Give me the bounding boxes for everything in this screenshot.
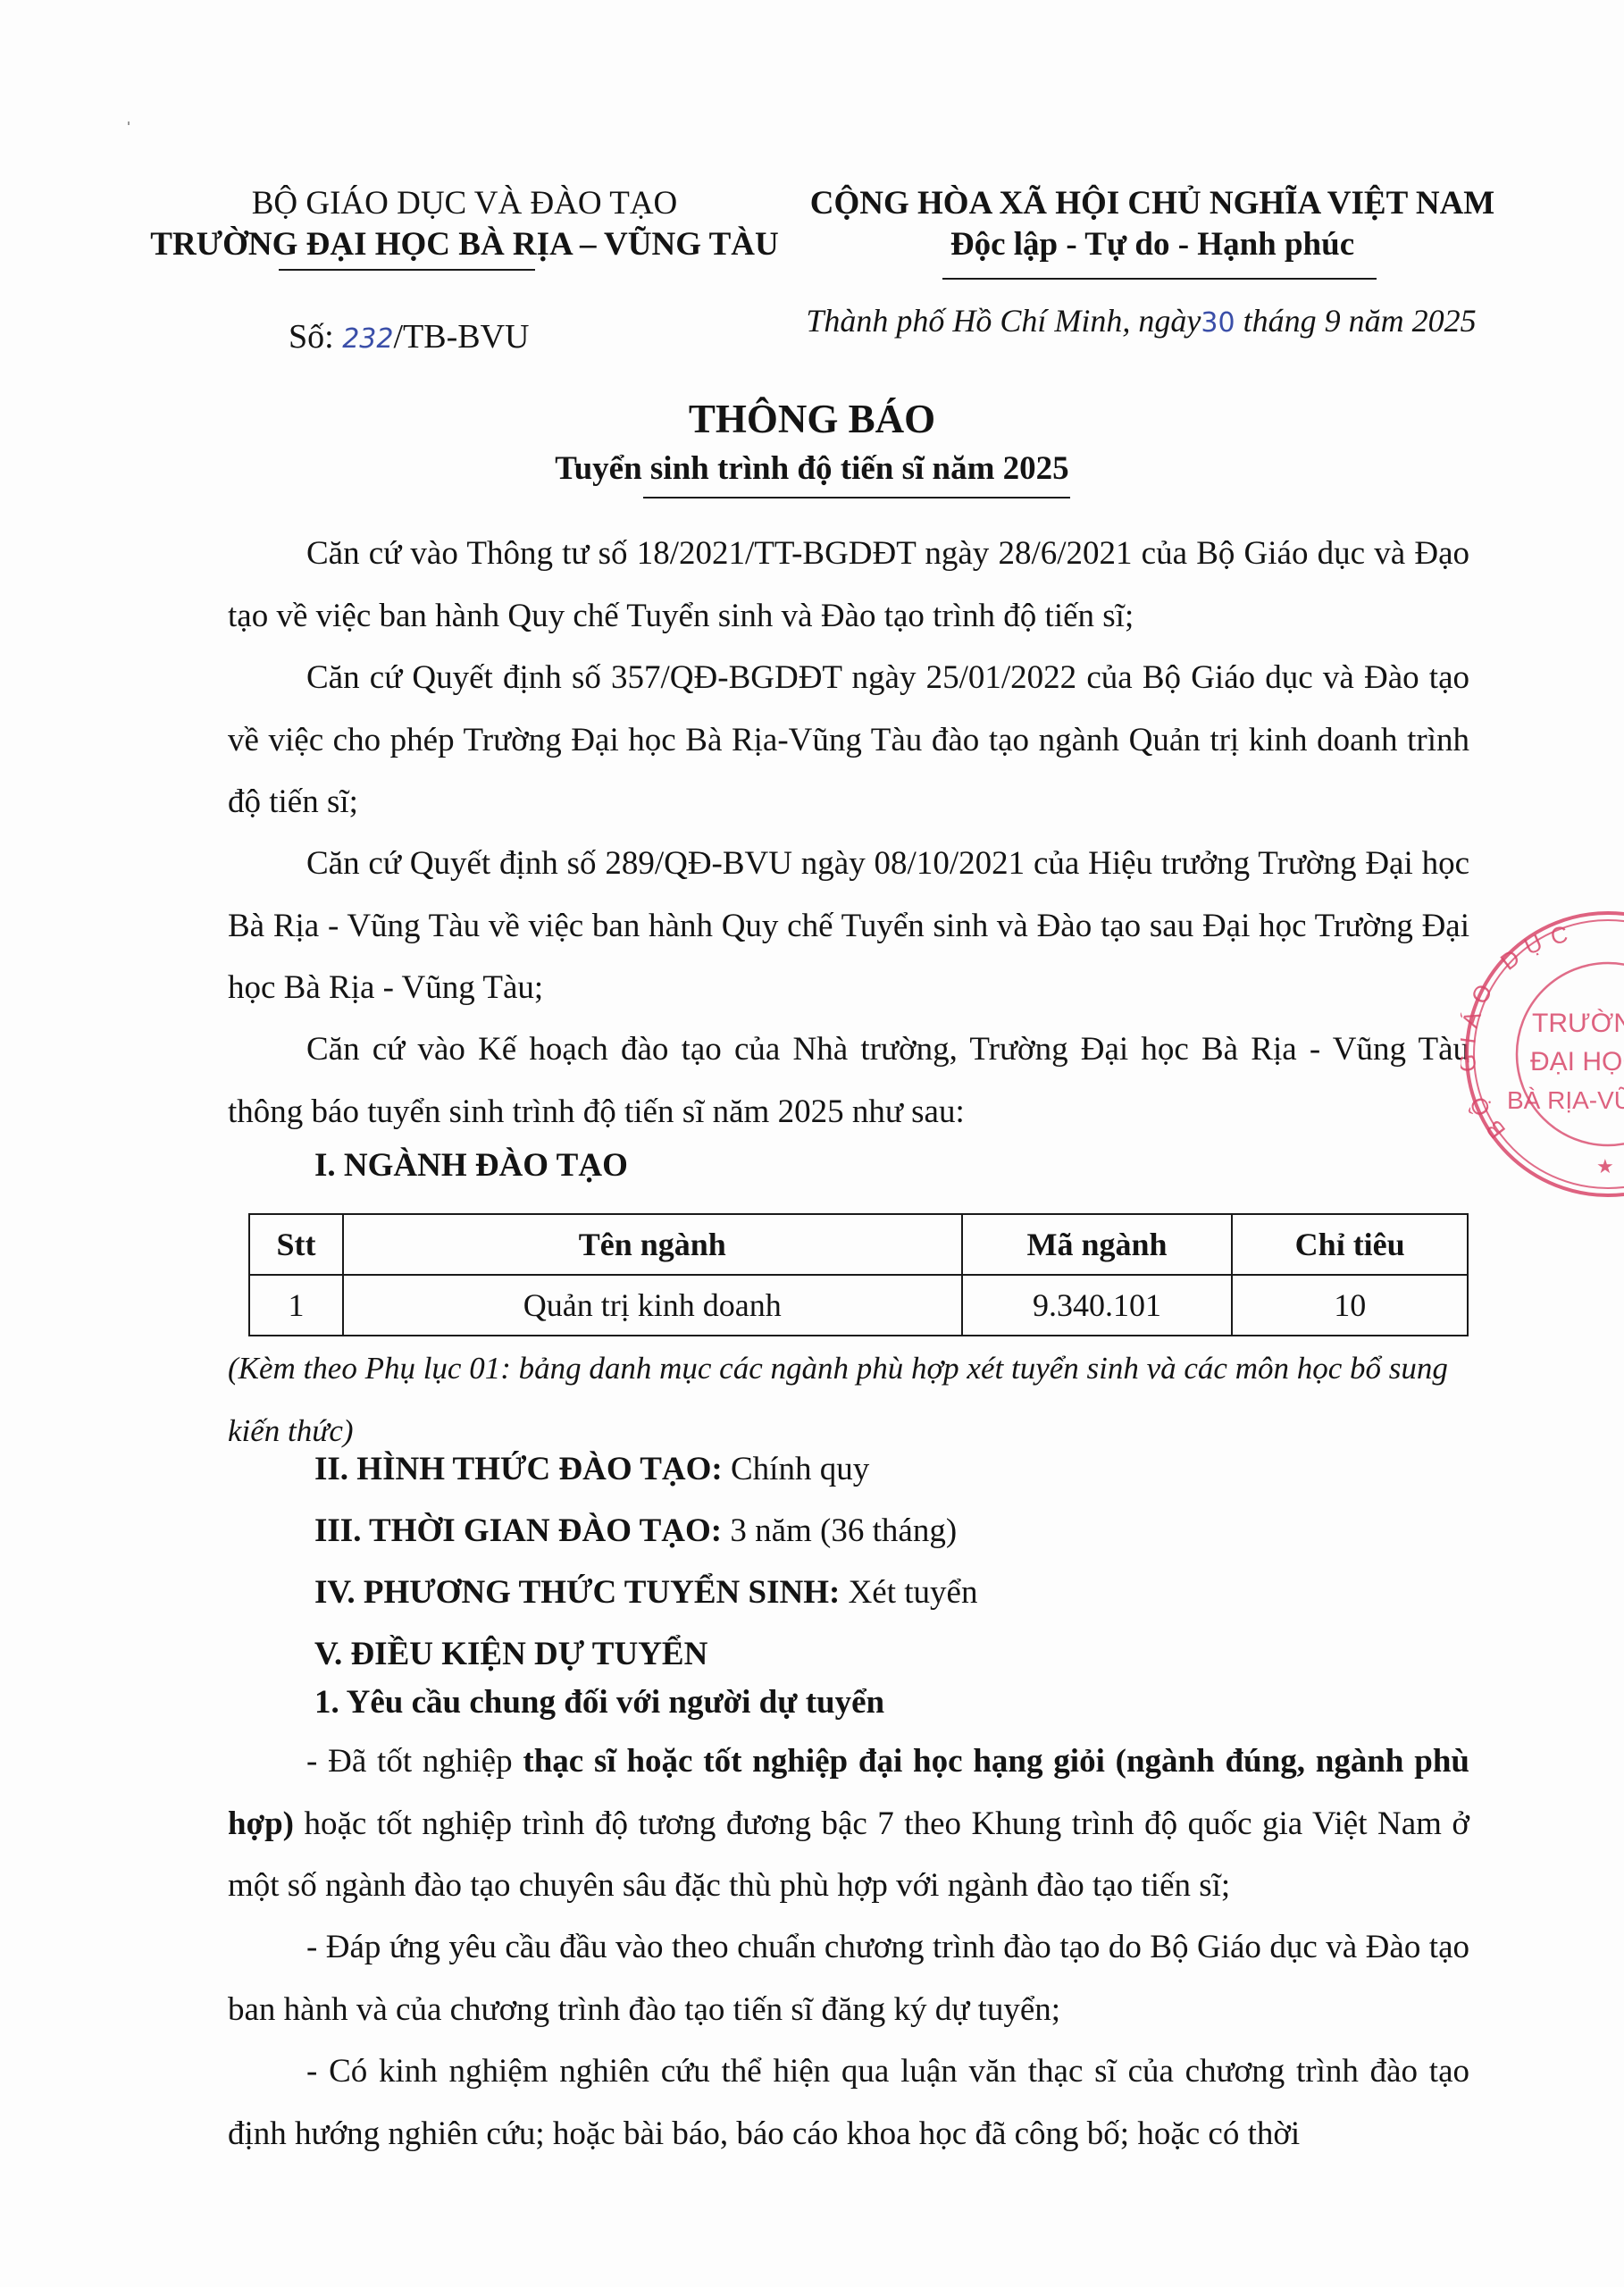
handwritten-day: 30 [1201,307,1235,339]
motto: Độc lập - Tự do - Hạnh phúc [795,224,1510,265]
official-seal-icon: BỘ GIÁO DỤC TRƯỜNG ĐẠI HỌC BÀ RỊA-VŨNG T… [1461,907,1624,1202]
document-number: Số: 232/TB-BVU [289,317,529,356]
preamble-paragraph: Căn cứ Quyết định số 357/QĐ-BGDĐT ngày 2… [228,647,1469,834]
majors-table: Stt Tên ngành Mã ngành Chỉ tiêu 1 Quản t… [248,1213,1469,1336]
col-header-major-code: Mã ngành [962,1214,1233,1275]
document-date: Thành phố Hồ Chí Minh, ngày30 tháng 9 nă… [795,302,1487,339]
col-header-major-name: Tên ngành [343,1214,962,1275]
preamble-text: Căn cứ Quyết định số 357/QĐ-BGDĐT ngày 2… [228,659,1469,820]
requirement-item: - Đã tốt nghiệp thạc sĩ hoặc tốt nghiệp … [228,1730,1469,1917]
requirement-text: hoặc tốt nghiệp trình độ tương đương bậc… [228,1805,1469,1905]
table-header-row: Stt Tên ngành Mã ngành Chỉ tiêu [249,1214,1468,1275]
appendix-note: (Kèm theo Phụ lục 01: bảng danh mục các … [228,1337,1474,1462]
date-prefix: Thành phố Hồ Chí Minh, ngày [806,303,1201,339]
section-3: III. THỜI GIAN ĐÀO TẠO: 3 năm (36 tháng) [314,1512,957,1550]
date-suffix: tháng 9 năm 2025 [1235,303,1477,339]
requirement-item: - Có kinh nghiệm nghiên cứu thể hiện qua… [228,2040,1469,2165]
section-3-label: III. THỜI GIAN ĐÀO TẠO: [314,1512,722,1549]
section-4: IV. PHƯƠNG THỨC TUYỂN SINH: Xét tuyển [314,1573,977,1612]
motto-underline [942,278,1377,280]
document-title: THÔNG BÁO [0,396,1624,442]
col-header-quota: Chỉ tiêu [1232,1214,1468,1275]
requirement-text: - Đáp ứng yêu cầu đầu vào theo chuẩn chư… [228,1929,1469,2028]
school-name: TRƯỜNG ĐẠI HỌC BÀ RỊA – VŨNG TÀU [134,224,795,265]
requirement-item: - Đáp ứng yêu cầu đầu vào theo chuẩn chư… [228,1916,1469,2040]
ministry-name: BỘ GIÁO DỤC VÀ ĐÀO TẠO [134,183,795,224]
scan-speck [128,121,130,125]
requirement-text: - Có kinh nghiệm nghiên cứu thể hiện qua… [228,2053,1469,2152]
cell-quota: 10 [1232,1275,1468,1336]
issuer-block: BỘ GIÁO DỤC VÀ ĐÀO TẠO TRƯỜNG ĐẠI HỌC BÀ… [134,183,795,265]
preamble-text: Căn cứ Quyết định số 289/QĐ-BVU ngày 08/… [228,845,1469,1006]
cell-stt: 1 [249,1275,343,1336]
subtitle-underline [643,497,1070,498]
nation-block: CỘNG HÒA XÃ HỘI CHỦ NGHĨA VIỆT NAM Độc l… [795,183,1510,265]
svg-text:TRƯỜNG: TRƯỜNG [1532,1009,1624,1038]
preamble-paragraph: Căn cứ vào Kế hoạch đào tạo của Nhà trườ… [228,1018,1469,1143]
cell-major-code: 9.340.101 [962,1275,1233,1336]
preamble-paragraph: Căn cứ Quyết định số 289/QĐ-BVU ngày 08/… [228,833,1469,1019]
document-subtitle: Tuyển sinh trình độ tiến sĩ năm 2025 [0,449,1624,488]
section-4-label: IV. PHƯƠNG THỨC TUYỂN SINH: [314,1574,840,1611]
col-header-stt: Stt [249,1214,343,1275]
section-4-value: Xét tuyển [840,1574,977,1611]
section-2: II. HÌNH THỨC ĐÀO TẠO: Chính quy [314,1450,869,1488]
preamble-text: Căn cứ vào Thông tư số 18/2021/TT-BGDĐT … [228,535,1469,634]
preamble-paragraph: Căn cứ vào Thông tư số 18/2021/TT-BGDĐT … [228,523,1469,647]
issuer-underline [279,269,535,271]
nation-name: CỘNG HÒA XÃ HỘI CHỦ NGHĨA VIỆT NAM [795,183,1510,224]
table-row: 1 Quản trị kinh doanh 9.340.101 10 [249,1275,1468,1336]
section-5-sub-1: 1. Yêu cầu chung đối với người dự tuyển [314,1683,884,1722]
requirement-text: - Đã tốt nghiệp [306,1743,523,1780]
section-2-label: II. HÌNH THỨC ĐÀO TẠO: [314,1451,723,1487]
svg-text:★: ★ [1596,1156,1614,1178]
handwritten-number: 232 [342,323,393,355]
svg-text:ĐẠI HỌC: ĐẠI HỌC [1530,1047,1624,1076]
section-2-value: Chính quy [723,1451,869,1487]
section-1-heading: I. NGÀNH ĐÀO TẠO [314,1146,628,1185]
section-3-value: 3 năm (36 tháng) [722,1512,957,1549]
number-suffix: /TB-BVU [393,318,529,356]
cell-major-name: Quản trị kinh doanh [343,1275,962,1336]
preamble-text: Căn cứ vào Kế hoạch đào tạo của Nhà trườ… [228,1031,1469,1130]
svg-text:BÀ RỊA-VŨNG TÀU: BÀ RỊA-VŨNG TÀU [1507,1086,1624,1114]
section-5-heading: V. ĐIỀU KIỆN DỰ TUYỂN [314,1635,707,1673]
number-prefix: Số: [289,318,342,356]
